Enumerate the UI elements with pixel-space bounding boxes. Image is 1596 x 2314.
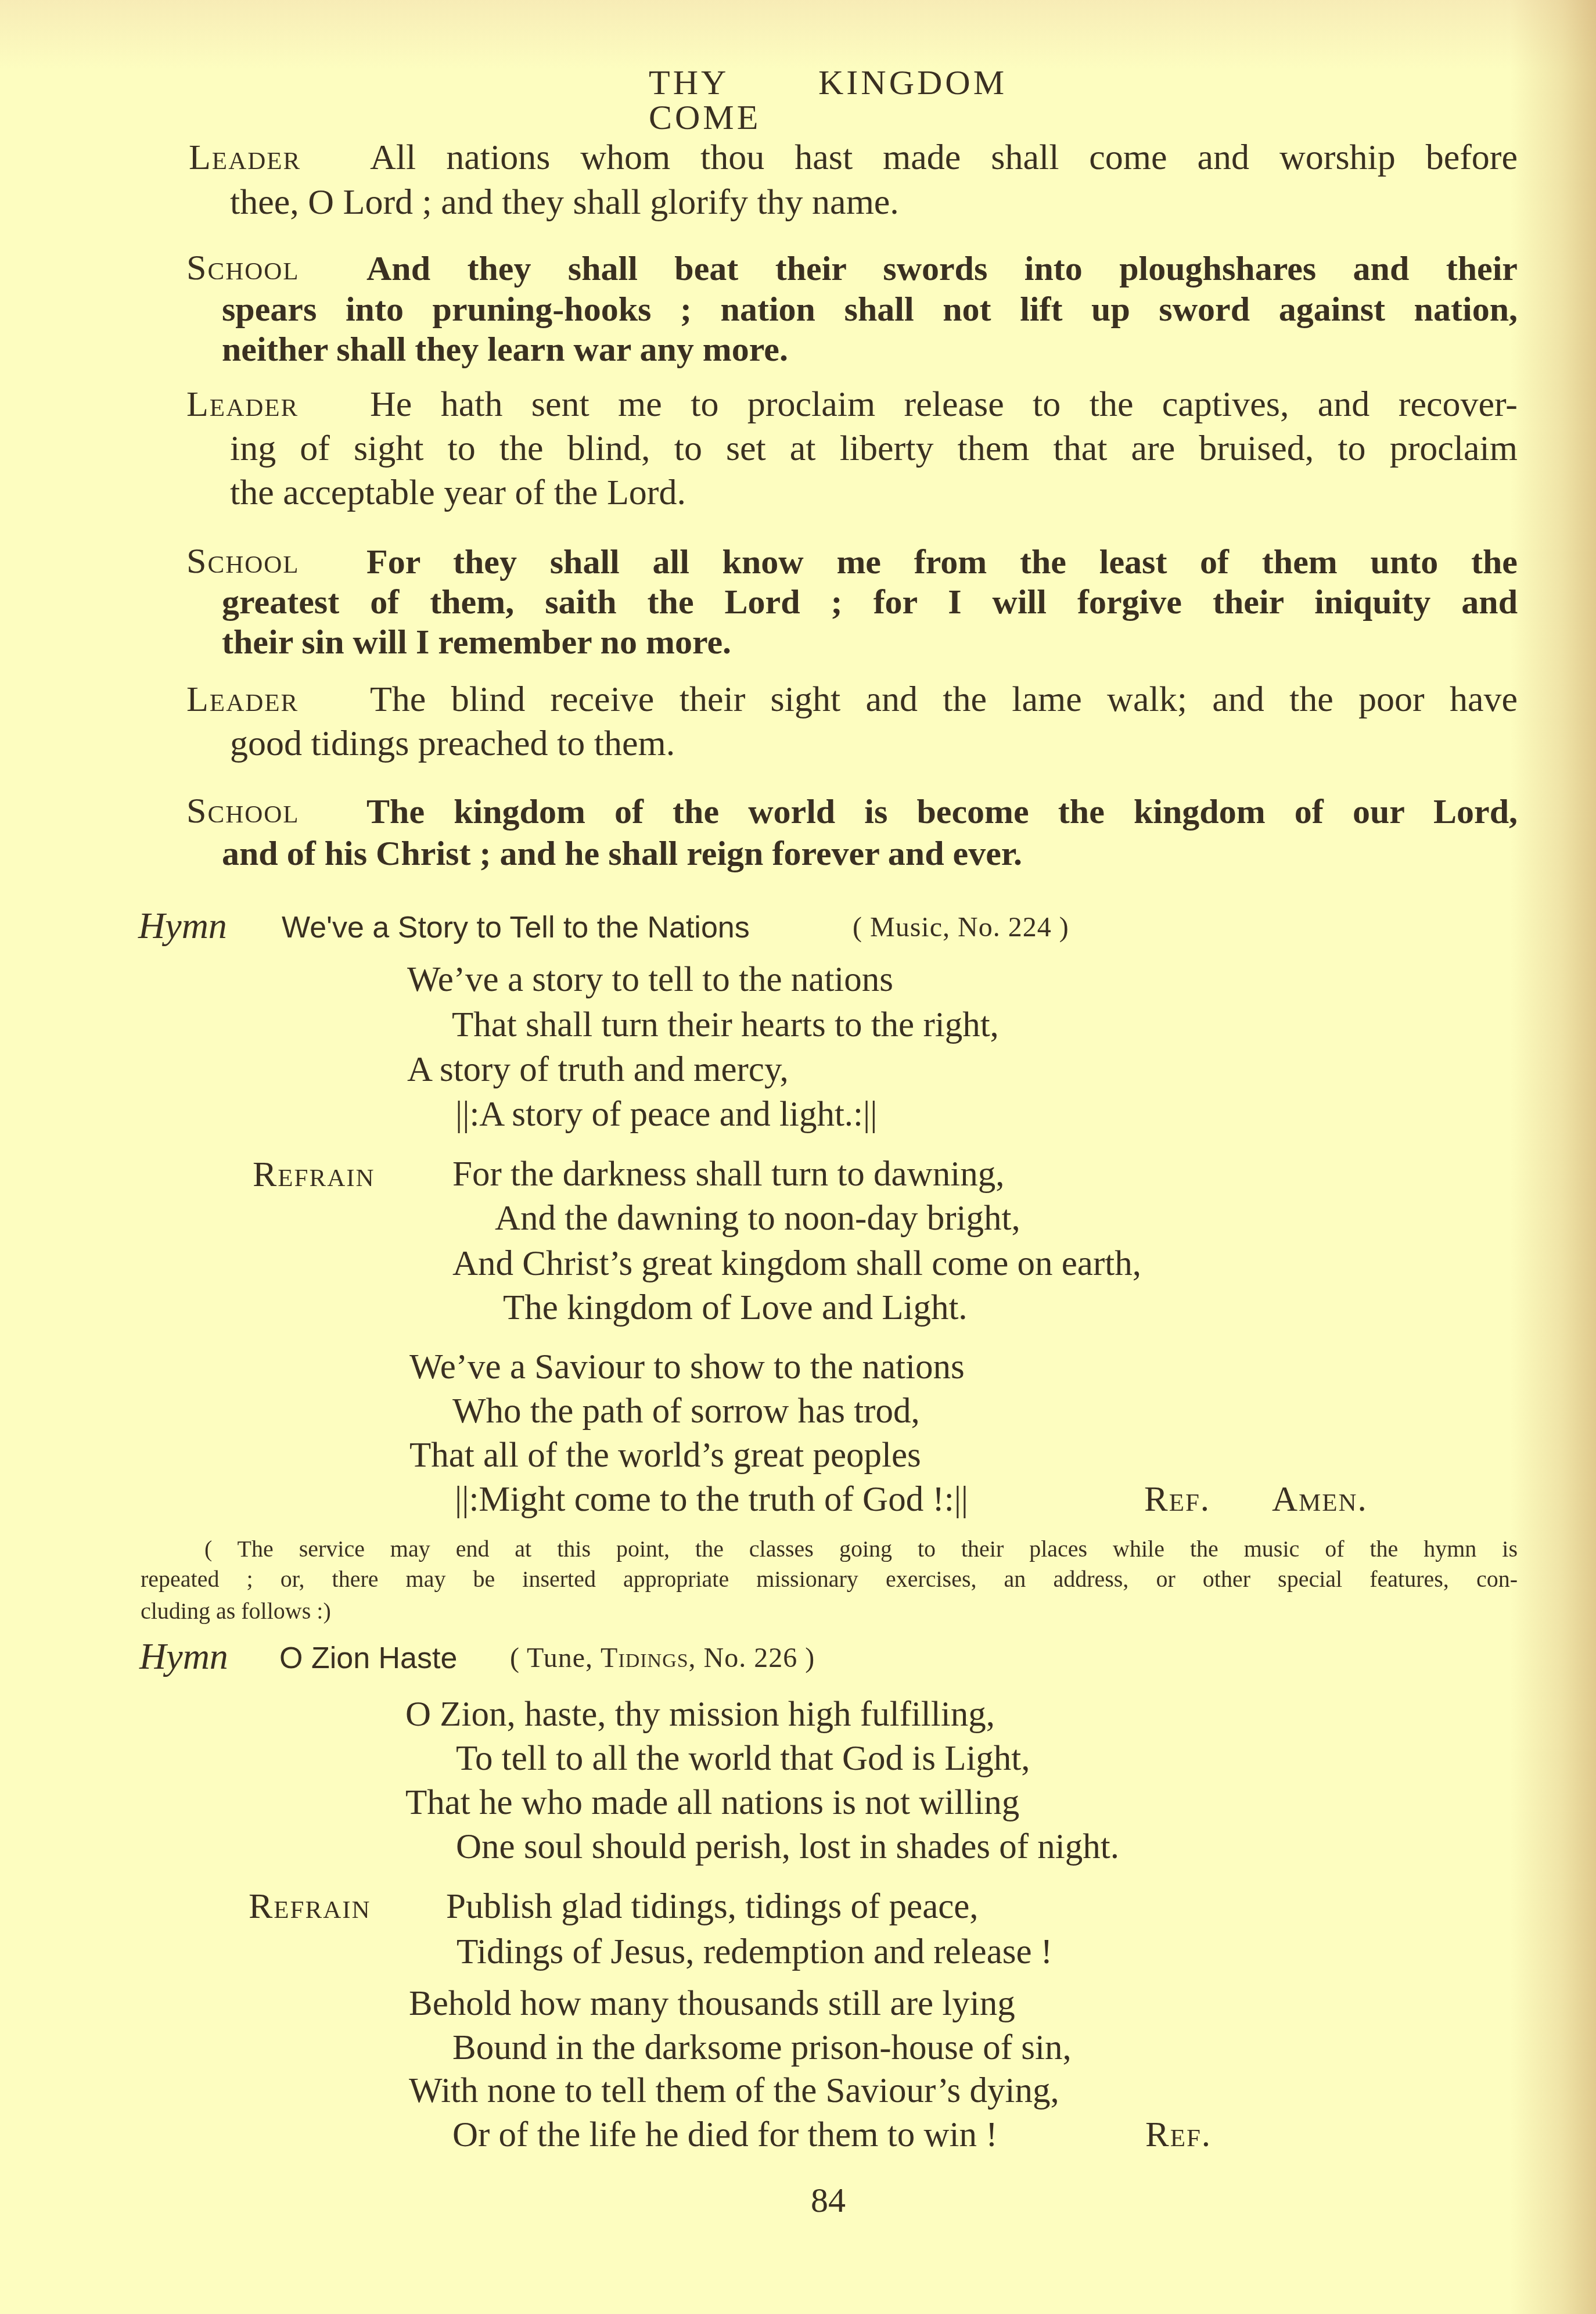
note-line: ( The service may end at this point, the… — [204, 1537, 1518, 1561]
hymn-label: Hymn — [139, 1638, 228, 1675]
verse-line: That shall turn their hearts to the righ… — [452, 1007, 999, 1043]
hymn-label: Hymn — [138, 907, 227, 944]
refrain-label: Refrain — [249, 1888, 371, 1924]
verse-line: Behold how many thousands still are lyin… — [409, 1986, 1015, 2021]
note-line: cluding as follows :) — [141, 1600, 331, 1623]
reading-line: The kingdom of the world is become the k… — [366, 794, 1518, 829]
page-number: 84 — [811, 2183, 846, 2218]
verse-line: ||:A story of peace and light.:|| — [455, 1097, 877, 1132]
refrain-line: And Christ’s great kingdom shall come on… — [452, 1246, 1141, 1281]
reading-line: neither shall they learn war any more. — [222, 332, 788, 366]
hymn-reference: ( Tune, Tidings, No. 226 ) — [510, 1644, 815, 1672]
refrain-line: Tidings of Jesus, redemption and release… — [456, 1934, 1052, 1970]
verse-line: We’ve a Saviour to show to the nations — [409, 1349, 965, 1385]
reading-line: ing of sight to the blind, to set at lib… — [230, 430, 1518, 466]
refrain-reference: Ref. — [1144, 1482, 1210, 1517]
refrain-reference: Ref. — [1145, 2117, 1212, 2153]
reading-line: He hath sent me to proclaim release to t… — [370, 386, 1518, 422]
verse-line: A story of truth and mercy, — [407, 1052, 789, 1087]
refrain-label: Refrain — [253, 1156, 375, 1192]
refrain-line: Publish glad tidings, tidings of peace, — [446, 1889, 979, 1924]
verse-line: That he who made all nations is not will… — [405, 1785, 1019, 1820]
running-header: THY KINGDOM COME — [649, 65, 1007, 135]
verse-line: Or of the life he died for them to win ! — [452, 2117, 997, 2153]
reading-line: thee, O Lord ; and they shall glorify th… — [230, 184, 899, 220]
reading-line: And they shall beat their swords into pl… — [366, 251, 1518, 286]
refrain-line: For the darkness shall turn to dawning, — [452, 1156, 1004, 1192]
verse-line: With none to tell them of the Saviour’s … — [409, 2073, 1059, 2108]
hymn-title: O Zion Haste — [279, 1643, 457, 1673]
speaker-label-school: School — [186, 543, 300, 579]
speaker-label-school: School — [186, 250, 300, 286]
note-line: repeated ; or, there may be inserted app… — [141, 1568, 1518, 1591]
reading-line: For they shall all know me from the leas… — [366, 544, 1518, 579]
verse-line: We’ve a story to tell to the nations — [407, 962, 893, 997]
reading-line: greatest of them, saith the Lord ; for I… — [222, 584, 1518, 619]
verse-line: That all of the world’s great peoples — [409, 1438, 921, 1473]
hymn-title: We've a Story to Tell to the Nations — [282, 912, 750, 943]
reading-line: spears into pruning-hooks ; nation shall… — [222, 292, 1518, 326]
verse-line: ||:Might come to the truth of God !:|| — [455, 1482, 968, 1517]
reading-line: good tidings preached to them. — [230, 725, 675, 761]
verse-line: To tell to all the world that God is Lig… — [456, 1741, 1030, 1776]
hymn-reference: ( Music, No. 224 ) — [853, 914, 1069, 942]
verse-line: O Zion, haste, thy mission high fulfilli… — [405, 1697, 995, 1732]
reading-line: their sin will I remember no more. — [222, 624, 731, 659]
reading-line: All nations whom thou hast made shall co… — [370, 139, 1518, 175]
reference-prefix: ( Tune, — [510, 1643, 601, 1673]
refrain-line: And the dawning to noon-day bright, — [495, 1201, 1020, 1236]
tune-name: Tidings — [601, 1643, 689, 1673]
reference-suffix: , No. 226 ) — [689, 1643, 815, 1673]
reading-line: The blind receive their sight and the la… — [370, 681, 1518, 717]
speaker-label-school: School — [186, 793, 300, 829]
amen-marker: Amen. — [1272, 1482, 1368, 1517]
speaker-label-leader: Leader — [186, 681, 299, 717]
speaker-label-leader: Leader — [186, 386, 299, 422]
verse-line: Bound in the darksome prison-house of si… — [452, 2030, 1072, 2065]
verse-line: Who the path of sorrow has trod, — [452, 1393, 920, 1429]
reading-line: the acceptable year of the Lord. — [230, 475, 686, 511]
refrain-line: The kingdom of Love and Light. — [503, 1290, 968, 1325]
verse-line: One soul should perish, lost in shades o… — [456, 1829, 1119, 1864]
reading-line: and of his Christ ; and he shall reign f… — [222, 836, 1022, 871]
speaker-label-leader: Leader — [189, 139, 301, 175]
